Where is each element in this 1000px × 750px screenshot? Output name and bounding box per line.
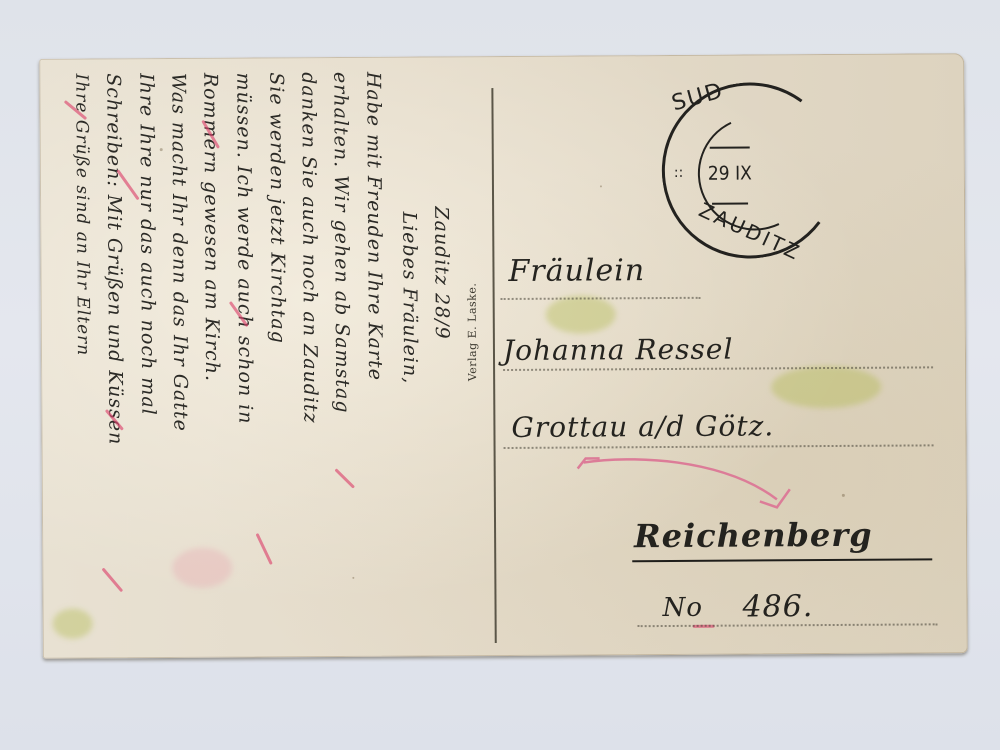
message-date-line: Zauditz 28/9 [430,206,453,339]
red-pencil-mark [256,533,273,565]
address-street-line: Grottau a/d Götz. [511,409,774,444]
message-line: Was macht Ihr denn das Ihr Gatte [167,73,191,432]
message-line: erhalten. Wir gehen ab Samstag [329,72,353,414]
red-pencil-mark [334,468,355,488]
postcard: Zauditz 28/9 Liebes Fräulein, Habe mit F… [39,53,968,659]
paper-speck [600,185,602,187]
address-number-label: No [662,593,703,623]
message-line: müssen. Ich werde auch schon in [232,73,256,425]
message-line: Habe mit Freuden Ihre Karte [362,72,386,381]
message-line: Ihre Ihre nur das auch noch mal [135,73,159,416]
message-line: Liebes Fräulein, [398,212,421,385]
green-stain [771,366,881,409]
address-salutation: Fräulein [508,253,645,289]
postmark-bar [710,146,750,148]
address-number: 486. [742,589,813,624]
address-dotted-line [638,623,938,627]
message-line: Schreiben: Mit Grüßen und Küssen [102,73,126,445]
message-line: danken Sie auch noch an Zauditz [297,72,321,424]
handwritten-message: Zauditz 28/9 Liebes Fräulein, Habe mit F… [39,56,493,659]
green-stain [546,295,616,333]
address-name: Johanna Ressel [503,333,734,367]
postmark-date: 29 IX [708,162,752,184]
paper-speck [842,494,845,497]
address-dotted-line [504,444,934,449]
address-dotted-line [503,366,933,371]
publisher-imprint: Verlag E. Laske. [466,283,480,382]
red-pencil-mark [102,567,124,592]
red-arrow-icon [572,449,802,520]
message-line: Sie werden jetzt Kirchtag [265,72,289,344]
postmark-dots: :: [674,165,684,181]
postmark-bar [712,203,748,205]
address-city: Reichenberg [634,516,873,555]
city-underline [632,558,932,562]
